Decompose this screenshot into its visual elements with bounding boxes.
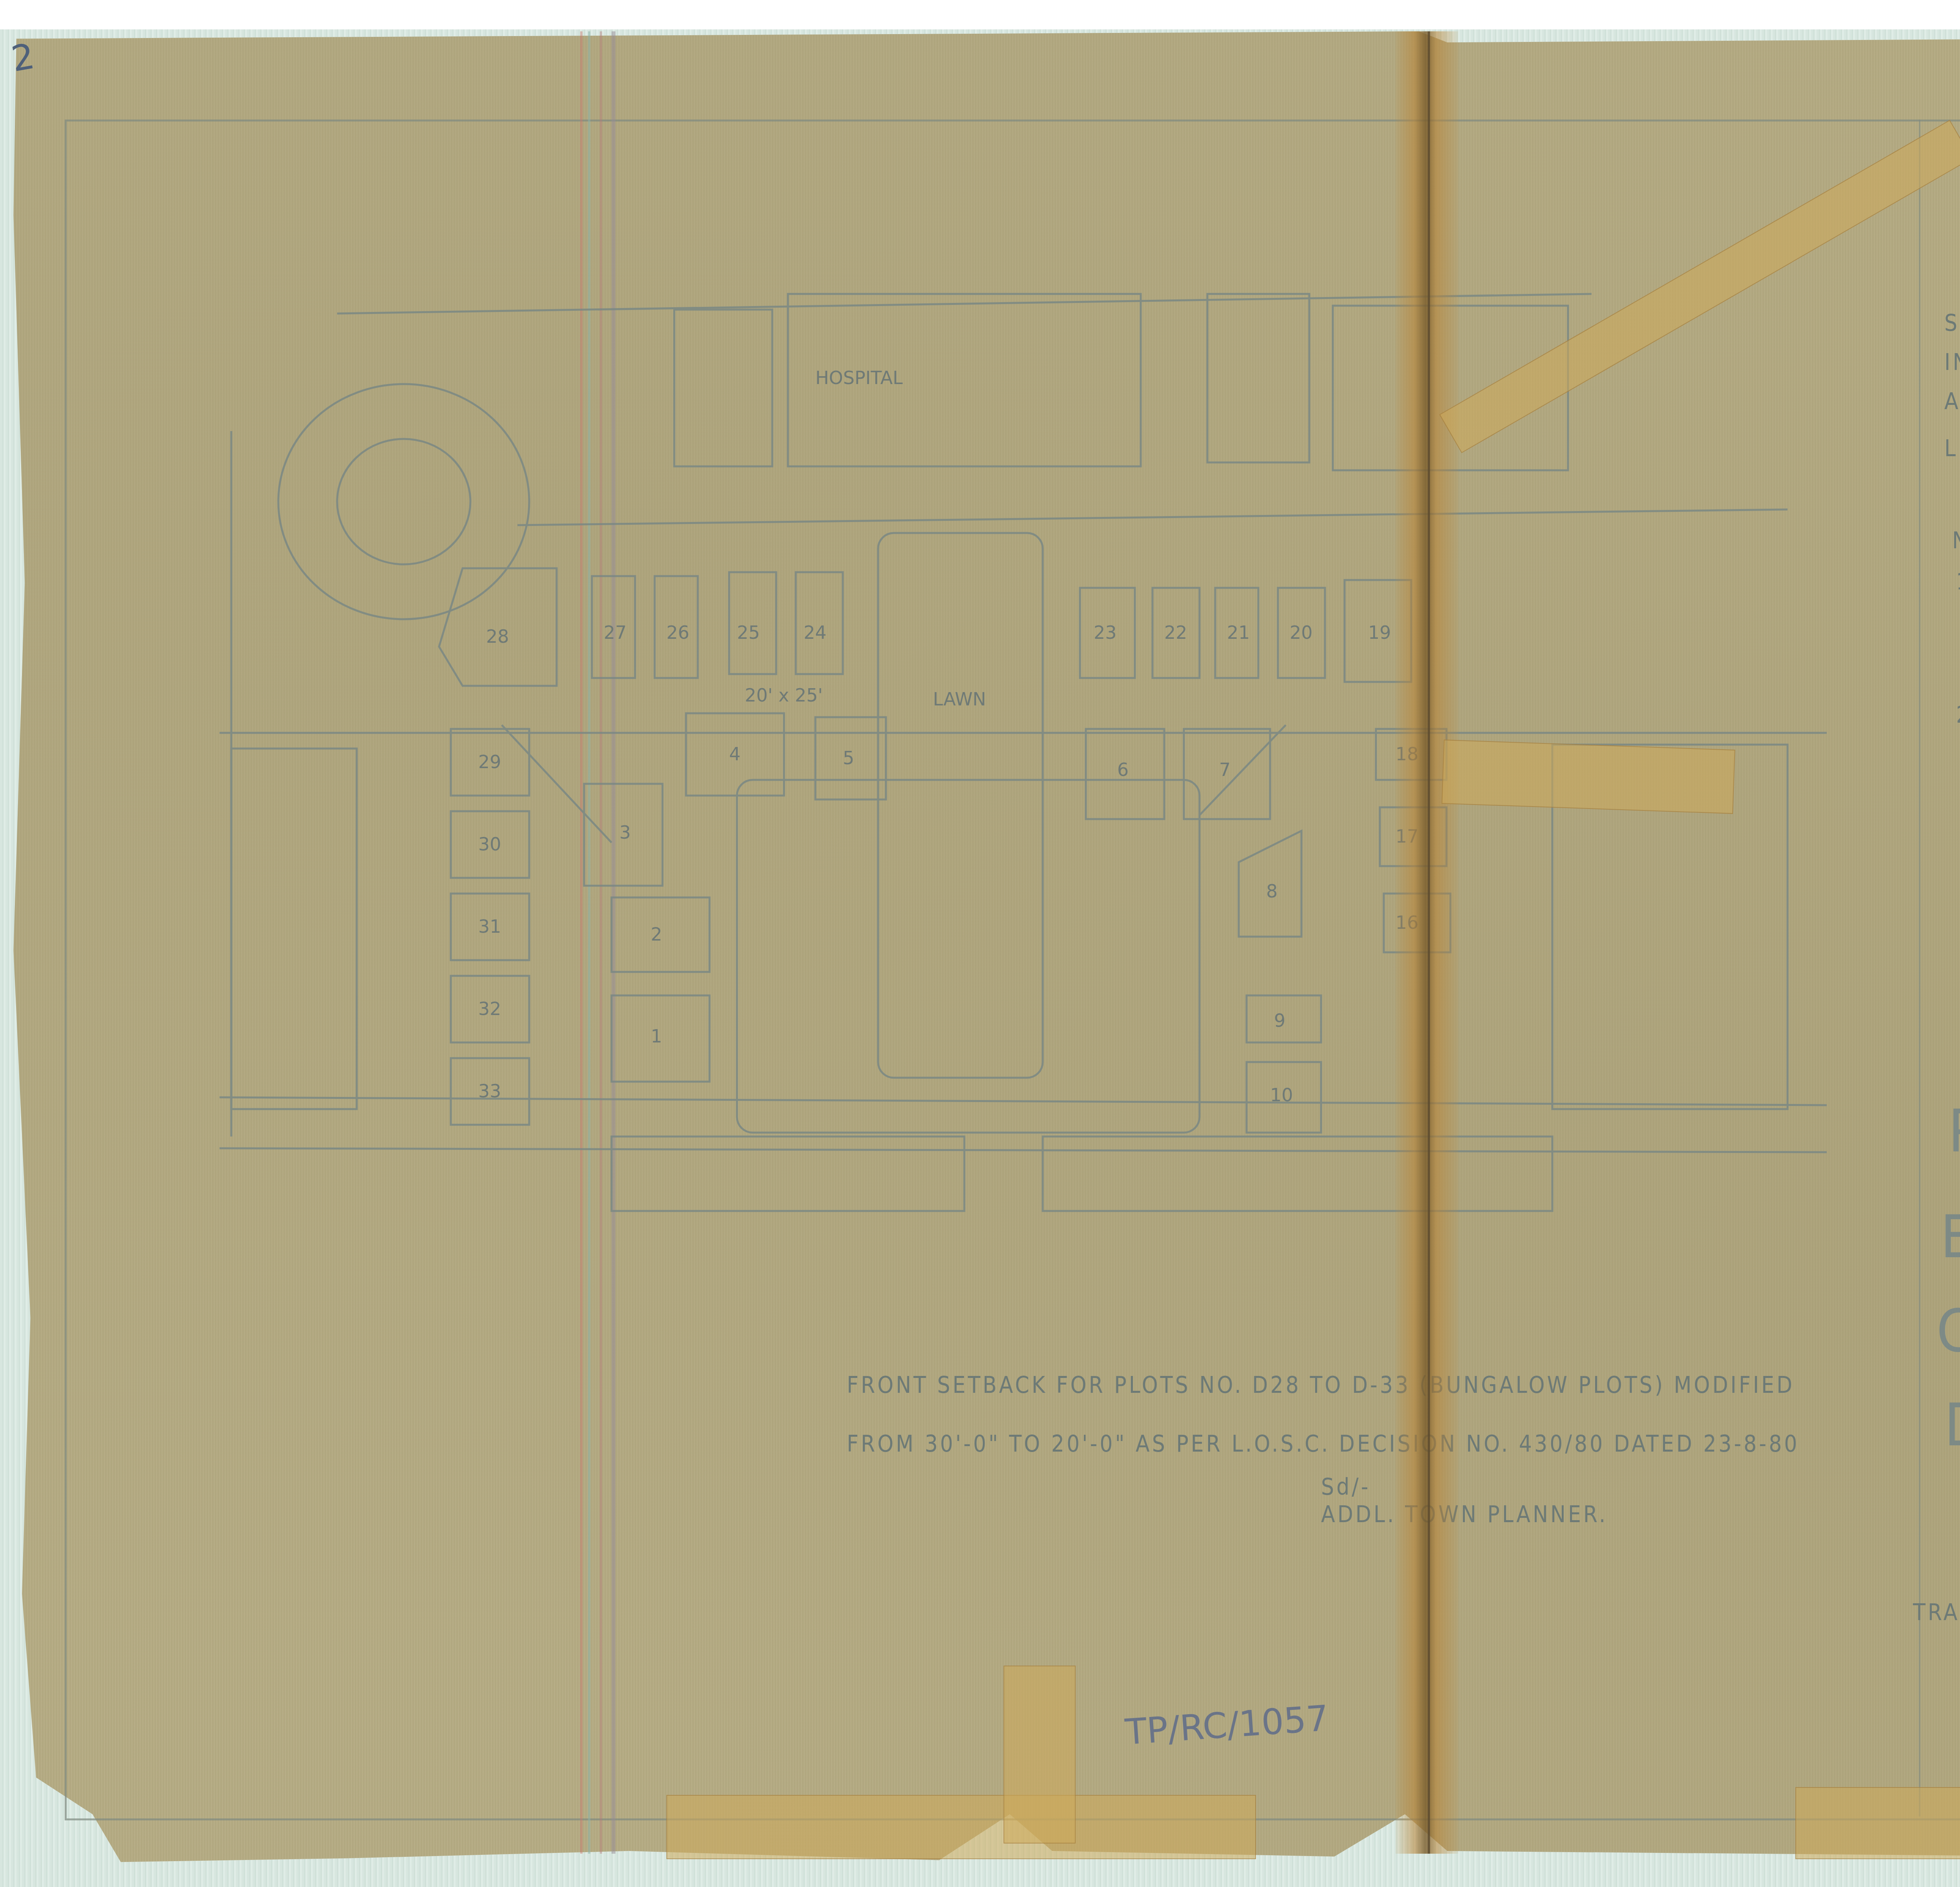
plot-30: 30 xyxy=(478,834,501,855)
amendment-line-2: IN PLOT NO D-19 AS PER L.O.S.C. DECISION… xyxy=(1944,349,1960,375)
plot-28: 28 xyxy=(486,626,509,647)
plot-3: 3 xyxy=(619,822,631,843)
taped-fold-seam xyxy=(1396,31,1458,1854)
title-line-4: D-1 TO D-10 & D14 TO xyxy=(1944,1391,1960,1459)
setback-modification-signature: Sd/- xyxy=(1321,1474,1371,1500)
amendment-line-1: SERVICE LANE BETWEEN PLOT D18 & D-19 OMI… xyxy=(1944,310,1960,336)
traced-by-label: TRACED BY. xyxy=(1913,1599,1960,1626)
plot-24: 24 xyxy=(804,622,827,643)
plot-25: 25 xyxy=(737,622,760,643)
plot-31: 31 xyxy=(478,916,501,937)
plot-7: 7 xyxy=(1219,759,1230,780)
title-line-1: PART PLAN OF BLOCK-D KALKAJI xyxy=(1948,1097,1960,1166)
roundabout-island xyxy=(337,439,470,564)
plot-23: 23 xyxy=(1094,622,1117,643)
label-lawn: LAWN xyxy=(933,689,986,710)
plot-22: 22 xyxy=(1164,622,1187,643)
garage-dimension: 20' x 25' xyxy=(745,685,823,706)
label-hospital: HOSPITAL xyxy=(815,367,903,388)
title-panel-divider xyxy=(1919,120,1920,1816)
repair-tape-bottom-right xyxy=(1795,1787,1960,1859)
setback-modification-line-2: FROM 30'-0" TO 20'-0" AS PER L.O.S.C. DE… xyxy=(847,1430,1800,1457)
plot-9: 9 xyxy=(1274,1010,1285,1031)
repair-tape-bottom-left xyxy=(666,1795,1256,1859)
plot-20: 20 xyxy=(1290,622,1313,643)
plot-5: 5 xyxy=(843,747,854,769)
plot-21: 21 xyxy=(1227,622,1250,643)
amendment-line-3: AGENDA DATED 23-2-80 & MINISTRY OF SUPPL… xyxy=(1944,388,1960,415)
plot-4: 4 xyxy=(729,743,740,765)
title-line-3: COMBINATION OF GARRAGES FOR P xyxy=(1936,1297,1960,1365)
setback-modification-line-1: FRONT SETBACK FOR PLOTS NO. D28 TO D-33 … xyxy=(847,1372,1795,1398)
plot-6: 6 xyxy=(1117,759,1129,780)
repair-tape-horizontal xyxy=(1441,740,1735,814)
plot-27: 27 xyxy=(604,622,627,643)
plot-32: 32 xyxy=(478,998,501,1019)
plot-29: 29 xyxy=(478,751,501,772)
plot-2: 2 xyxy=(651,924,662,945)
site-plan: HOSPITAL LAWN 1 2 3 4 5 6 7 8 9 10 16 17… xyxy=(220,235,1827,1215)
notes-heading: NOTE :- xyxy=(1952,527,1960,554)
setback-modification-signatory: ADDL. TOWN PLANNER. xyxy=(1321,1501,1608,1528)
repair-tape-bottom-center xyxy=(1004,1666,1076,1843)
sheet-tear-line xyxy=(1428,31,1430,1854)
title-line-2: EXTN. SHOWING PROPOSED SET BACKS & xyxy=(1940,1203,1960,1271)
plot-33: 33 xyxy=(478,1080,501,1102)
roundabout-ring xyxy=(278,384,529,619)
plot-1: 1 xyxy=(651,1026,662,1047)
site-plan-drawing: HOSPITAL LAWN 1 2 3 4 5 6 7 8 9 10 16 17… xyxy=(220,235,1827,1215)
note-item-1: 1. FRONT SETBACK SHALL BE AS PER BLDGS. … xyxy=(1956,568,1960,595)
plot-10: 10 xyxy=(1270,1084,1293,1106)
plot-8: 8 xyxy=(1266,881,1278,902)
amendment-line-4: LETTER NO. F110 / 2 VGP (KALKA JI)/80 DA… xyxy=(1944,435,1960,462)
note-item-2: 2. SET BACK FOR PLOT NO. D-28 TO D-33 AL… xyxy=(1956,702,1960,728)
plot-26: 26 xyxy=(666,622,690,643)
plot-19: 19 xyxy=(1368,622,1391,643)
